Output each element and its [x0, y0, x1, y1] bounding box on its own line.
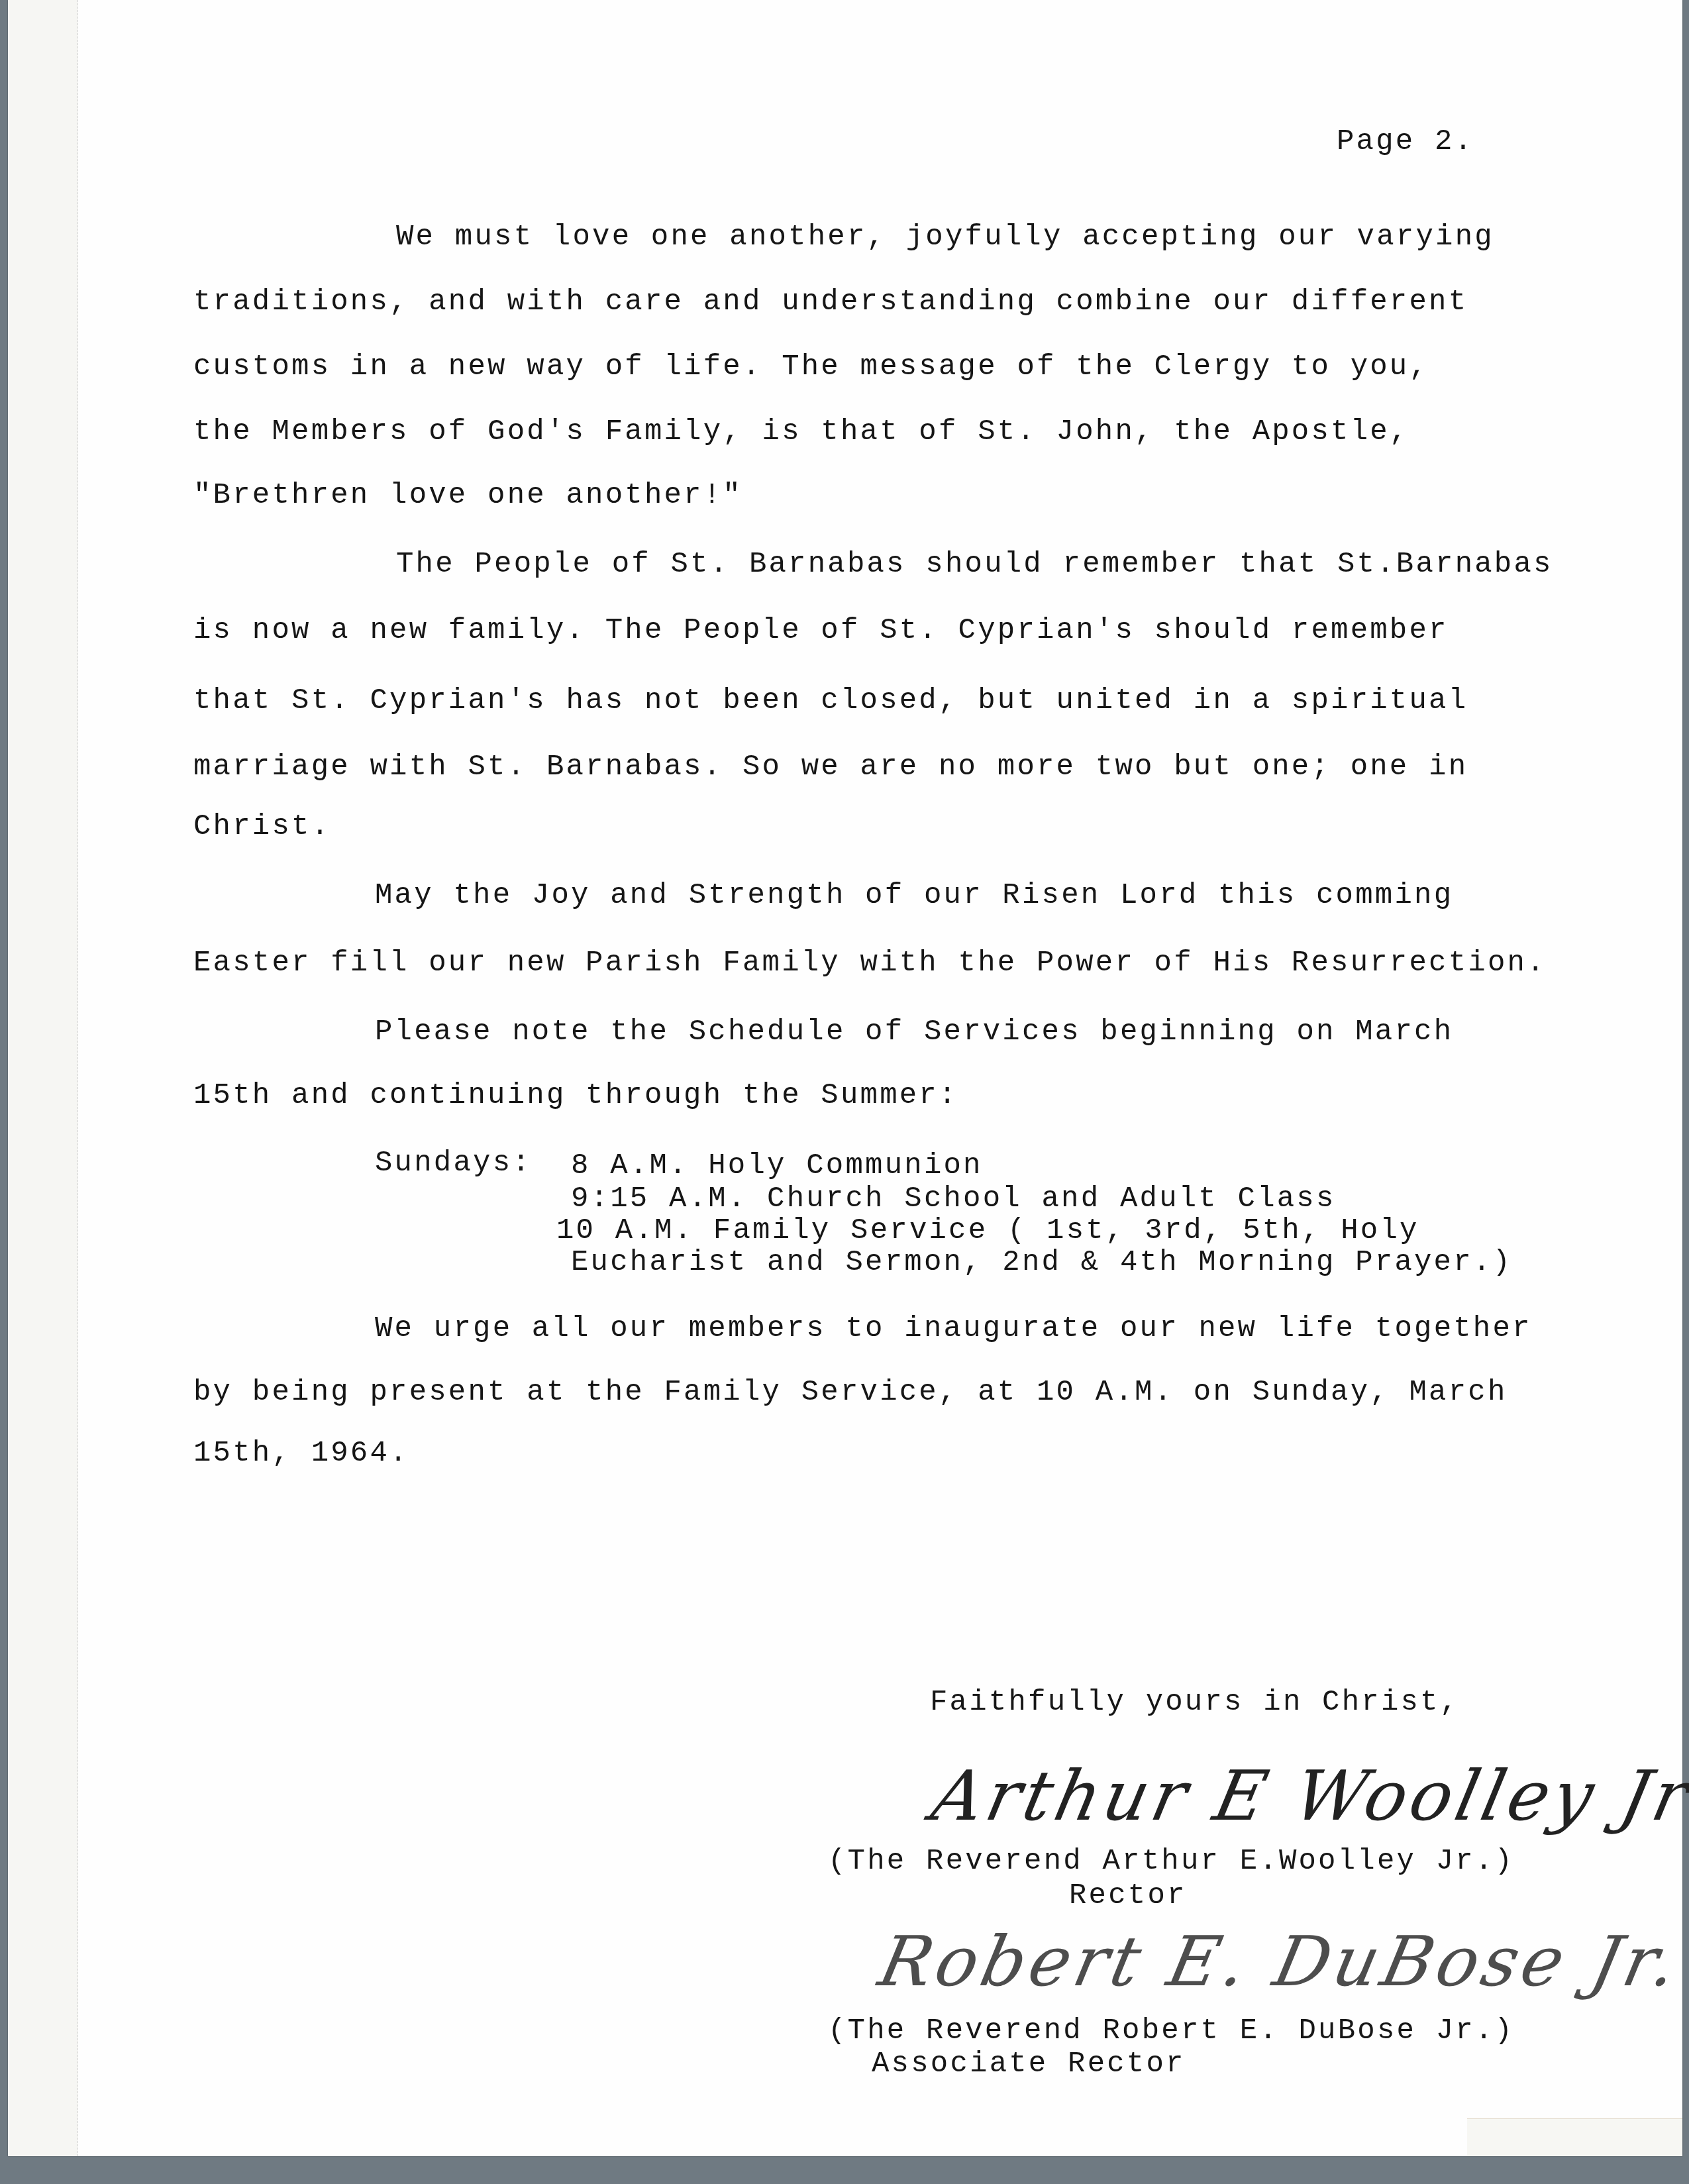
- schedule-label: Sundays:: [375, 1149, 532, 1178]
- schedule-item-1: 8 A.M. Holy Communion: [571, 1151, 983, 1180]
- schedule-item-3: 10 A.M. Family Service ( 1st, 3rd, 5th, …: [556, 1216, 1419, 1245]
- schedule-item-2: 9:15 A.M. Church School and Adult Class: [571, 1184, 1336, 1214]
- signature-woolley: Arthur E Woolley Jr: [925, 1755, 1689, 1836]
- signatory-2-title: Associate Rector: [872, 2050, 1186, 2079]
- closing-paragraph-line-3: 15th, 1964.: [193, 1439, 409, 1468]
- paragraph-1-line-4: the Members of God's Family, is that of …: [193, 417, 1409, 446]
- paragraph-2-line-5: Christ.: [193, 812, 331, 841]
- paragraph-1-line-2: traditions, and with care and understand…: [193, 287, 1468, 317]
- binding-strip: [8, 0, 78, 2156]
- paragraph-2-line-4: marriage with St. Barnabas. So we are no…: [193, 753, 1468, 782]
- paragraph-3-line-2: Easter fill our new Parish Family with t…: [193, 949, 1547, 978]
- paragraph-3-line-1: May the Joy and Strength of our Risen Lo…: [375, 881, 1453, 910]
- signatory-1-title: Rector: [1069, 1881, 1187, 1910]
- paragraph-1-line-3: customs in a new way of life. The messag…: [193, 352, 1429, 382]
- page-number: Page 2.: [1337, 127, 1474, 156]
- paragraph-4-line-1: Please note the Schedule of Services beg…: [375, 1017, 1453, 1047]
- paragraph-2-line-3: that St. Cyprian's has not been closed, …: [193, 686, 1468, 715]
- signature-dubose: Robert E. DuBose Jr.: [872, 1921, 1688, 2002]
- signatory-1-name: (The Reverend Arthur E.Woolley Jr.): [828, 1847, 1514, 1876]
- paragraph-1-line-1: We must love one another, joyfully accep…: [396, 223, 1494, 252]
- signatory-2-name: (The Reverend Robert E. DuBose Jr.): [828, 2016, 1514, 2046]
- salutation: Faithfully yours in Christ,: [930, 1688, 1459, 1717]
- paragraph-2-line-2: is now a new family. The People of St. C…: [193, 616, 1449, 645]
- schedule-item-4: Eucharist and Sermon, 2nd & 4th Morning …: [571, 1248, 1512, 1277]
- paper-flap: [1467, 2118, 1682, 2156]
- paragraph-4-line-2: 15th and continuing through the Summer:: [193, 1081, 958, 1110]
- closing-paragraph-line-1: We urge all our members to inaugurate ou…: [375, 1314, 1532, 1343]
- closing-paragraph-line-2: by being present at the Family Service, …: [193, 1378, 1508, 1407]
- paragraph-2-line-1: The People of St. Barnabas should rememb…: [396, 550, 1553, 579]
- paragraph-1-line-5: "Brethren love one another!": [193, 481, 742, 510]
